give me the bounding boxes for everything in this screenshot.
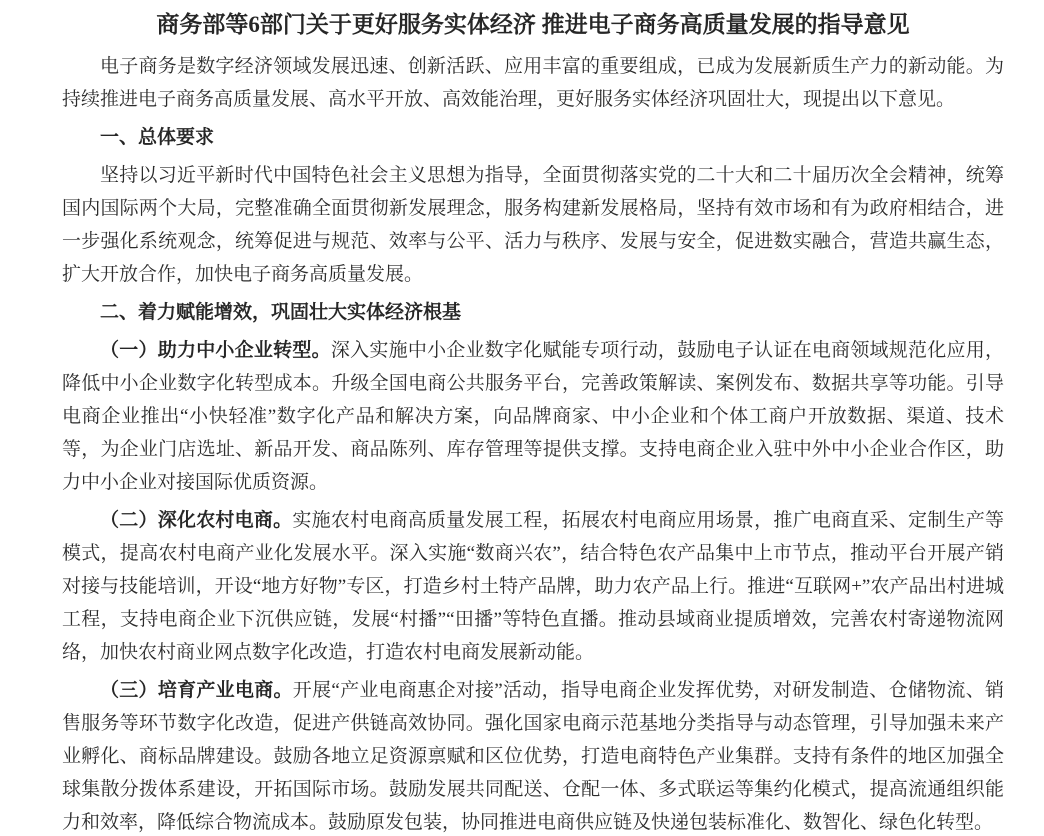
intro-paragraph: 电子商务是数字经济领域发展迅速、创新活跃、应用丰富的重要组成，已成为发展新质生产… xyxy=(62,50,1004,116)
section-heading-empower-real-economy: 二、着力赋能增效，巩固壮大实体经济根基 xyxy=(62,296,1004,329)
paragraph-rural-ecommerce: （二）深化农村电商。实施农村电商高质量发展工程，拓展农村电商应用场景，推广电商直… xyxy=(62,504,1004,669)
paragraph-sme-transformation-text: 深入实施中小企业数字化赋能专项行动，鼓励电子认证在电商领域规范化应用，降低中小企… xyxy=(62,340,1004,493)
document-page: 商务部等6部门关于更好服务实体经济 推进电子商务高质量发展的指导意见 电子商务是… xyxy=(0,0,1044,836)
paragraph-rural-ecommerce-lead: （二）深化农村电商。 xyxy=(100,510,292,531)
paragraph-industrial-ecommerce-text: 开展“产业电商惠企对接”活动，指导电商企业发挥优势，对研发制造、仓储物流、销售服… xyxy=(62,680,1004,833)
document-title: 商务部等6部门关于更好服务实体经济 推进电子商务高质量发展的指导意见 xyxy=(62,10,1004,40)
section-heading-general-requirements: 一、总体要求 xyxy=(62,121,1004,154)
paragraph-sme-transformation-lead: （一）助力中小企业转型。 xyxy=(100,340,331,361)
paragraph-industrial-ecommerce: （三）培育产业电商。开展“产业电商惠企对接”活动，指导电商企业发挥优势，对研发制… xyxy=(62,674,1004,836)
paragraph-general-requirements: 坚持以习近平新时代中国特色社会主义思想为指导，全面贯彻落实党的二十大和二十届历次… xyxy=(62,159,1004,291)
paragraph-industrial-ecommerce-lead: （三）培育产业电商。 xyxy=(100,680,293,701)
paragraph-rural-ecommerce-text: 实施农村电商高质量发展工程，拓展农村电商应用场景，推广电商直采、定制生产等模式，… xyxy=(62,510,1004,663)
paragraph-sme-transformation: （一）助力中小企业转型。深入实施中小企业数字化赋能专项行动，鼓励电子认证在电商领… xyxy=(62,334,1004,499)
